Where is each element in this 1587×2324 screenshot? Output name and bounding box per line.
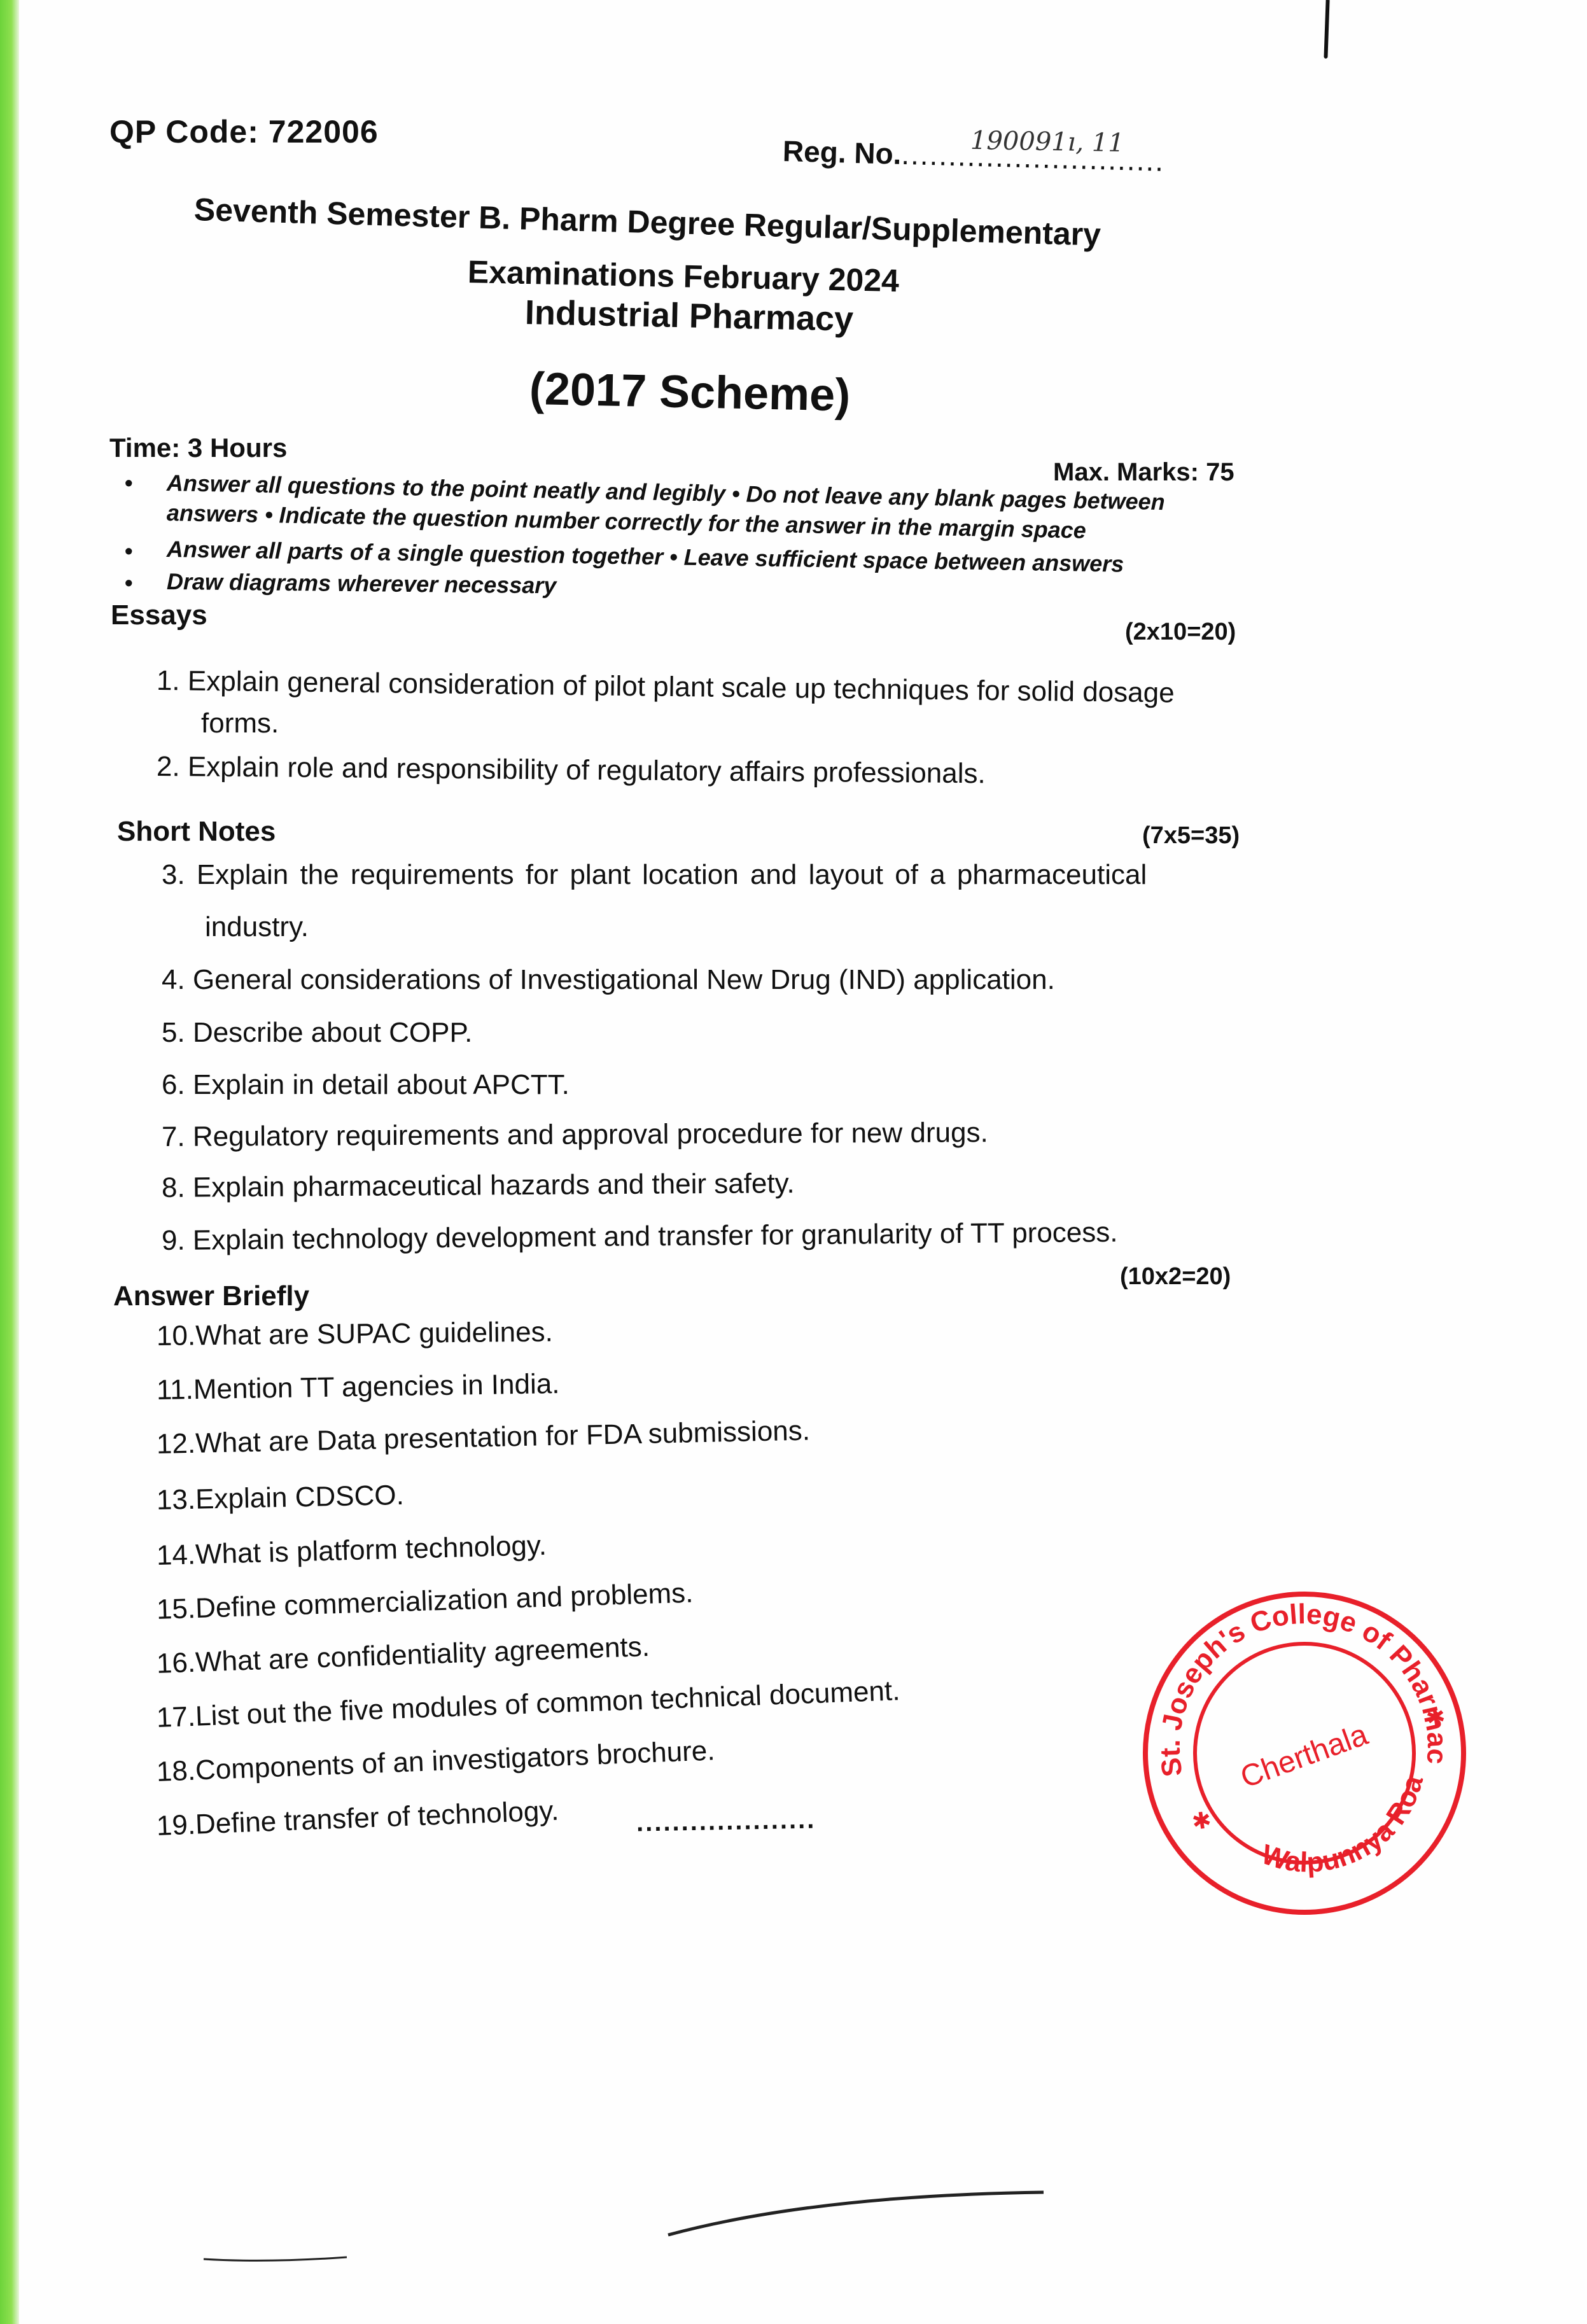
- question-number: 9.: [162, 1225, 185, 1256]
- question-text: Explain CDSCO.: [195, 1480, 405, 1515]
- subject-title: Industrial Pharmacy: [524, 293, 853, 339]
- brief-question-10: 10.What are SUPAC guidelines.: [157, 1316, 553, 1352]
- question-number: 3.: [162, 859, 185, 890]
- bullet-icon: •: [125, 538, 133, 564]
- question-text-continued: forms.: [201, 708, 279, 739]
- pen-strokes: [0, 1973, 1587, 2324]
- star-icon: ✱: [1190, 1807, 1213, 1835]
- bullet-icon: •: [125, 570, 133, 596]
- section-answer-briefly-marks: (10x2=20): [1120, 1263, 1231, 1291]
- question-number: 8.: [162, 1172, 185, 1203]
- section-essays-title: Essays: [111, 599, 207, 631]
- short-question-4: 4. General considerations of Investigati…: [162, 964, 1055, 996]
- question-number: 5.: [162, 1017, 185, 1048]
- question-number: 17.: [156, 1701, 196, 1733]
- question-text: Explain in detail about APCTT.: [193, 1069, 570, 1100]
- question-number: 18.: [156, 1755, 196, 1788]
- question-text: General considerations of Investigationa…: [193, 964, 1055, 995]
- end-of-paper-dots: ....................: [636, 1806, 816, 1838]
- question-number: 16.: [156, 1647, 196, 1679]
- stamp-center-text: Cherthala: [1236, 1718, 1373, 1795]
- question-text: Regulatory requirements and approval pro…: [193, 1117, 988, 1152]
- question-number: 6.: [162, 1069, 185, 1100]
- question-text: Mention TT agencies in India.: [193, 1368, 560, 1405]
- section-short-notes-marks: (7x5=35): [1142, 822, 1240, 850]
- qp-code: QP Code: 722006: [109, 113, 379, 150]
- section-essays-marks: (2x10=20): [1125, 619, 1236, 646]
- instruction-line: Draw diagrams wherever necessary: [167, 568, 557, 599]
- question-number: 1.: [157, 665, 180, 696]
- brief-question-13: 13.Explain CDSCO.: [156, 1480, 404, 1516]
- section-short-notes-title: Short Notes: [117, 816, 276, 848]
- scheme-title: (2017 Scheme): [529, 363, 851, 422]
- qp-code-label: QP Code:: [109, 114, 259, 150]
- question-text: Explain pharmaceutical hazards and their…: [193, 1168, 795, 1203]
- question-number: 2.: [157, 751, 180, 782]
- qp-code-value: 722006: [269, 114, 379, 150]
- question-text-continued: industry.: [205, 911, 309, 943]
- question-number: 14.: [156, 1539, 195, 1571]
- max-marks: Max. Marks: 75: [1053, 458, 1234, 487]
- brief-question-11: 11.Mention TT agencies in India.: [157, 1368, 560, 1406]
- bullet-icon: •: [125, 470, 133, 496]
- question-number: 19.: [156, 1809, 196, 1842]
- question-text: Explain the requirements for plant locat…: [197, 859, 1147, 890]
- question-text: Explain role and responsibility of regul…: [188, 751, 986, 789]
- short-question-6: 6. Explain in detail about APCTT.: [162, 1069, 570, 1101]
- star-icon: ✱: [1424, 1703, 1447, 1732]
- time-allowed: Time: 3 Hours: [109, 433, 287, 463]
- question-number: 4.: [162, 964, 185, 995]
- college-seal-stamp: St. Joseph's College of Pharmacy Walpunn…: [1136, 1585, 1473, 1922]
- question-number: 10.: [157, 1320, 196, 1352]
- short-question-5: 5. Describe about COPP.: [162, 1017, 472, 1049]
- question-text: What are SUPAC guidelines.: [195, 1316, 553, 1351]
- question-text: Describe about COPP.: [193, 1017, 472, 1048]
- question-number: 7.: [162, 1121, 185, 1152]
- reg-no-handwritten: 190091ı, 11: [970, 126, 1125, 158]
- question-number: 11.: [157, 1374, 194, 1406]
- section-answer-briefly-title: Answer Briefly: [113, 1280, 309, 1312]
- question-number: 15.: [156, 1593, 196, 1625]
- reg-no-label: Reg. No.: [782, 134, 902, 171]
- short-question-7: 7. Regulatory requirements and approval …: [162, 1117, 988, 1153]
- question-number: 12.: [156, 1428, 195, 1460]
- question-number: 13.: [156, 1484, 195, 1516]
- short-question-8: 8. Explain pharmaceutical hazards and th…: [162, 1168, 795, 1204]
